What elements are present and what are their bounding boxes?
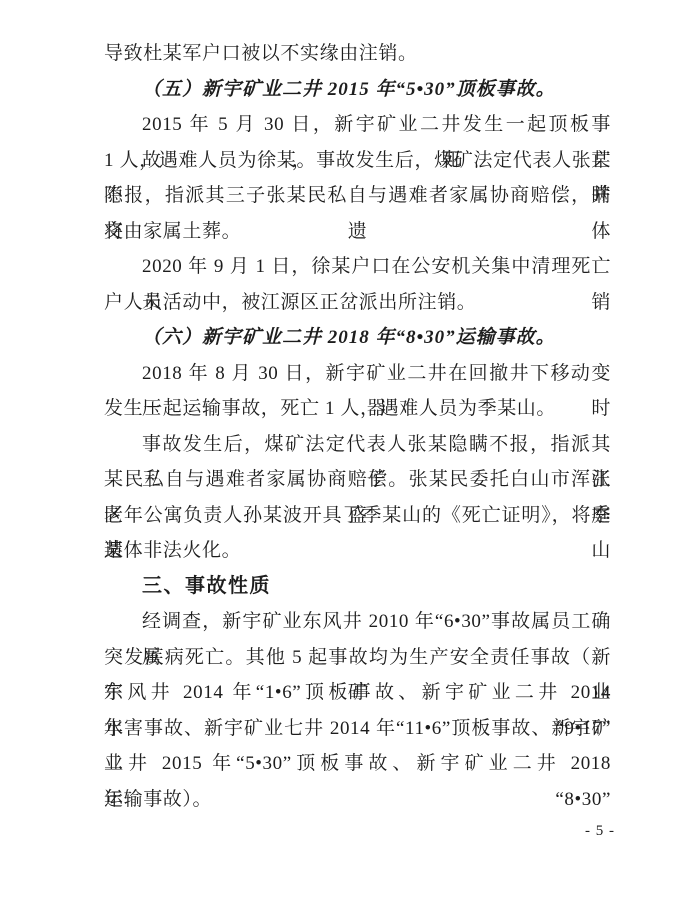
- document-line: 2018 年 8 月 30 日，新宇矿业二井在回撤井下移动变压器时: [104, 356, 611, 392]
- document-line: 导致杜某军户口被以不实缘由注销。: [104, 36, 611, 72]
- document-line: 事故发生后，煤矿法定代表人张某隐瞒不报，指派其三子张: [104, 427, 611, 463]
- subsection-heading: （六）新宇矿业二井 2018 年“8•30”运输事故。: [104, 320, 611, 356]
- document-line: 水害事故、新宇矿业七井 2014 年“11•6”顶板事故、新宇矿业: [104, 711, 611, 747]
- document-line: 东风井 2014 年“1•6”顶板事故、新宇矿业二井 2014 年“9•17”: [104, 675, 611, 711]
- document-line: 突发疾病死亡。其他 5 起事故均为生产安全责任事故（新宇矿业: [104, 640, 611, 676]
- subsection-heading: （五）新宇矿业二井 2015 年“5•30”顶板事故。: [104, 72, 611, 108]
- document-line: 某民私自与遇难者家属协商赔偿。张某民委托白山市浑江区盛庭: [104, 462, 611, 498]
- document-line: 2020 年 9 月 1 日，徐某户口在公安机关集中清理死亡未销: [104, 249, 611, 285]
- document-line: 老年公寓负责人孙某波开具了季某山的《死亡证明》，将季某山: [104, 498, 611, 534]
- page-number: - 5 -: [585, 823, 615, 840]
- section-heading: 三、事故性质: [104, 569, 611, 605]
- document-body: 导致杜某军户口被以不实缘由注销。（五）新宇矿业二井 2015 年“5•30”顶板…: [104, 36, 611, 817]
- document-line: 二井 2015 年“5•30”顶板事故、新宇矿业二井 2018 年“8•30”: [104, 746, 611, 782]
- document-line: 2015 年 5 月 30 日，新宇矿业二井发生一起顶板事故，死亡: [104, 107, 611, 143]
- document-line: 1 人，遇难人员为徐某。事故发生后，煤矿法定代表人张某隐瞒: [104, 143, 611, 179]
- document-line: 发生一起运输事故，死亡 1 人，遇难人员为季某山。: [104, 391, 611, 427]
- document-line: 经调查，新宇矿业东风井 2010 年“6•30”事故属员工确属: [104, 604, 611, 640]
- document-line: 不报，指派其三子张某民私自与遇难者家属协商赔偿，并将遗体: [104, 178, 611, 214]
